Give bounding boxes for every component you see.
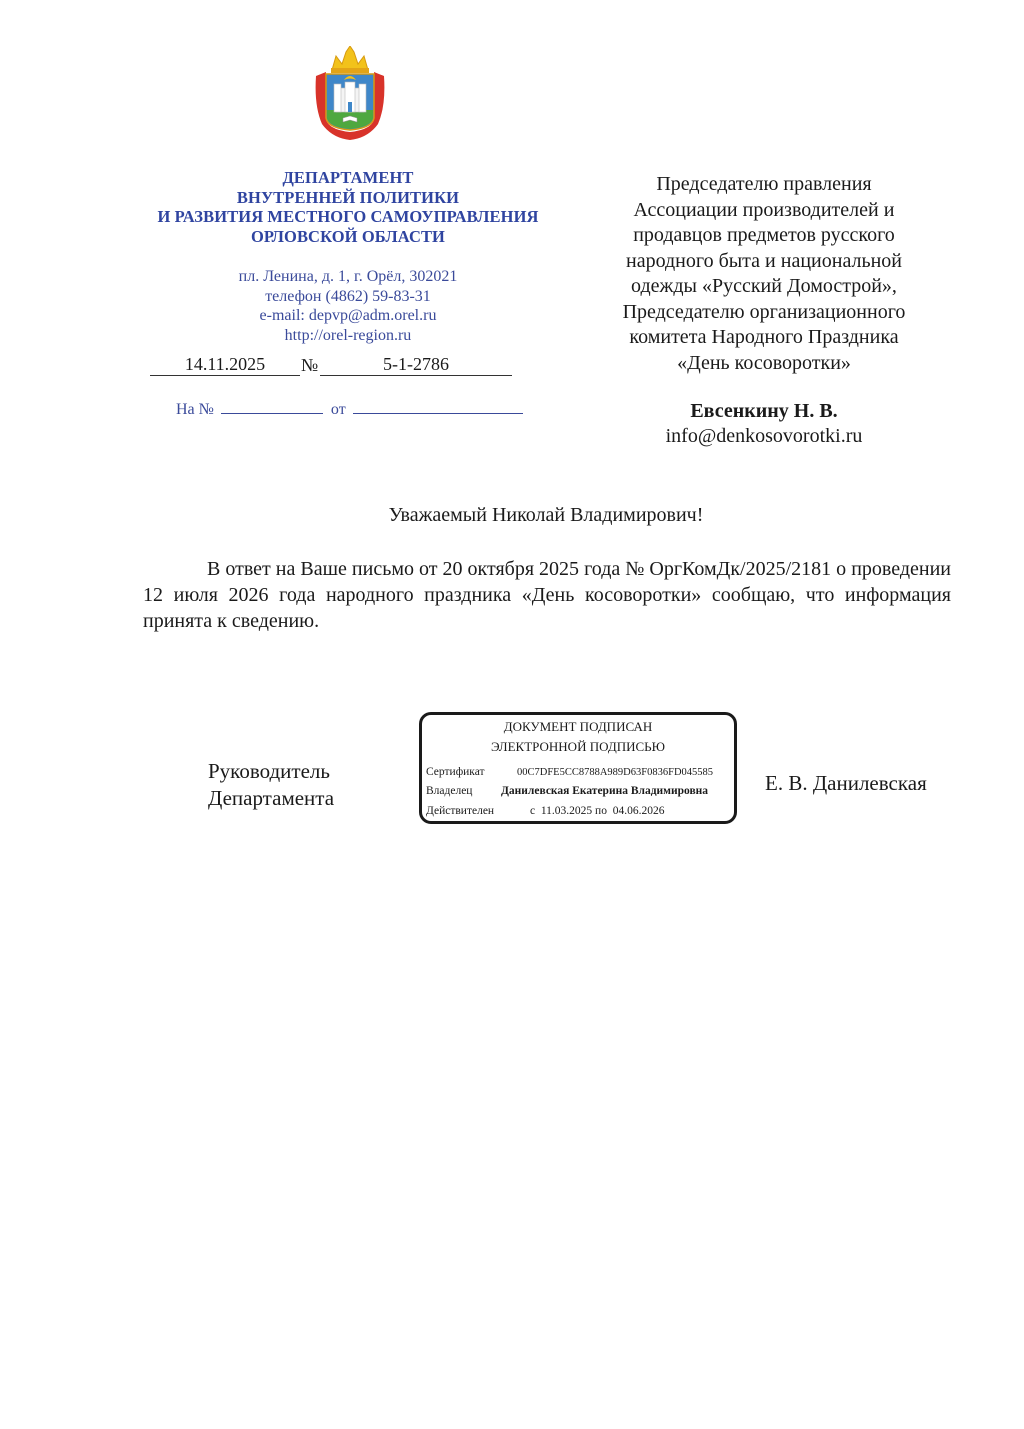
signatory-title: Руководитель Департамента	[208, 758, 334, 812]
addressee-block: Председателю правления Ассоциации произв…	[596, 172, 932, 376]
owner-label: Владелец	[426, 785, 472, 797]
certificate-value: 00C7DFE5CC8788A989D63F0836FD045585	[517, 767, 713, 778]
department-name: ДЕПАРТАМЕНТ ВНУТРЕННЕЙ ПОЛИТИКИ И РАЗВИТ…	[140, 168, 556, 246]
valid-label: Действителен	[426, 805, 494, 817]
greeting: Уважаемый Николай Владимирович!	[140, 504, 952, 527]
reply-reference: На № от	[176, 399, 523, 419]
addressee-name: Евсенкину Н. В.	[596, 399, 932, 424]
letter-body: В ответ на Ваше письмо от 20 октября 202…	[143, 556, 951, 634]
reply-date-label: от	[331, 401, 346, 418]
stamp-title: ДОКУМЕНТ ПОДПИСАН ЭЛЕКТРОННОЙ ПОДПИСЬЮ	[422, 717, 734, 757]
certificate-label: Сертификат	[426, 766, 485, 778]
coat-of-arms-icon	[312, 46, 388, 142]
website-link[interactable]: http://orel-region.ru	[140, 326, 556, 346]
address: пл. Ленина, д. 1, г. Орёл, 302021	[140, 267, 556, 287]
valid-value: с 11.03.2025 по 04.06.2026	[530, 805, 664, 817]
addressee-email[interactable]: info@denkosovorotki.ru	[596, 424, 932, 449]
addressee-contact: Евсенкину Н. В. info@denkosovorotki.ru	[596, 399, 932, 449]
body-paragraph: В ответ на Ваше письмо от 20 октября 202…	[143, 556, 951, 634]
department-contacts: пл. Ленина, д. 1, г. Орёл, 302021 телефо…	[140, 267, 556, 345]
letter-number: 5-1-2786	[320, 353, 512, 376]
owner-value: Данилевская Екатерина Владимировна	[501, 785, 708, 797]
signatory-name: Е. В. Данилевская	[765, 771, 927, 796]
letter-date: 14.11.2025	[150, 353, 300, 376]
phone: телефон (4862) 59-83-31	[140, 287, 556, 307]
registration-line: 14.11.2025 № 5-1-2786	[150, 354, 512, 376]
electronic-signature-stamp: ДОКУМЕНТ ПОДПИСАН ЭЛЕКТРОННОЙ ПОДПИСЬЮ С…	[419, 712, 737, 824]
reply-number-field	[221, 399, 323, 414]
reply-date-field	[353, 399, 523, 414]
number-sign: №	[301, 354, 318, 376]
reply-number-label: На №	[176, 401, 214, 418]
email-link[interactable]: e-mail: depvp@adm.orel.ru	[140, 306, 556, 326]
